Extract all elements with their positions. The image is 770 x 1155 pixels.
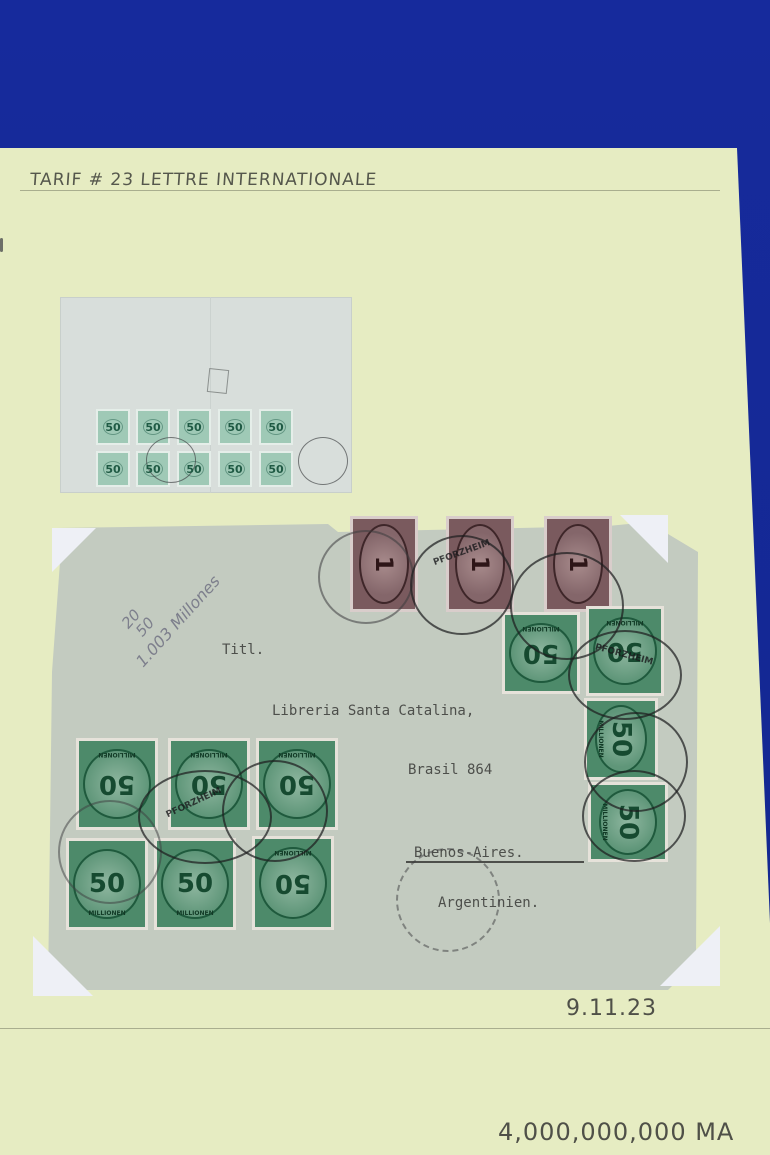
stamp-50-millionen-small: 50 (96, 451, 130, 487)
postmark-cancel (318, 530, 414, 624)
amount-note: 4,000,000,000 MA (498, 1118, 734, 1146)
postmark-cancel (582, 770, 686, 862)
arrival-postmark (146, 437, 196, 483)
date-note: 9.11.23 (566, 996, 657, 1021)
arrival-postmark (396, 848, 500, 952)
photo-corner-bottom-left (33, 936, 93, 996)
stamp-50-millionen-small: 50 (96, 409, 130, 445)
stamp-50-millionen-small: 50 (218, 409, 252, 445)
postmark-cancel (222, 760, 328, 862)
header-rule (20, 190, 720, 191)
footer-rule (0, 1028, 770, 1029)
stamp-50-millionen-small: 50 (218, 451, 252, 487)
tariff-header-note: TARIF # 23 LETTRE INTERNATIONALE (29, 170, 377, 190)
photo-corner-top-right (620, 515, 668, 563)
boxed-pencil-mark (207, 368, 229, 394)
buenos-aires-postmark (298, 437, 348, 485)
address-salutation: Titl. (222, 642, 264, 658)
binder-mark (0, 238, 3, 252)
address-line-2: Brasil 864 (408, 762, 492, 778)
postmark-cancel (568, 630, 682, 720)
stamp-50-millionen-small: 50 (259, 451, 293, 487)
photo-corner-bottom-right (660, 926, 720, 986)
stamp-50-millionen-small: 50 (259, 409, 293, 445)
address-line-1: Libreria Santa Catalina, (272, 703, 474, 719)
photo-corner-top-left (52, 528, 96, 572)
cover-reverse: 50505050505050505050 (60, 297, 352, 493)
